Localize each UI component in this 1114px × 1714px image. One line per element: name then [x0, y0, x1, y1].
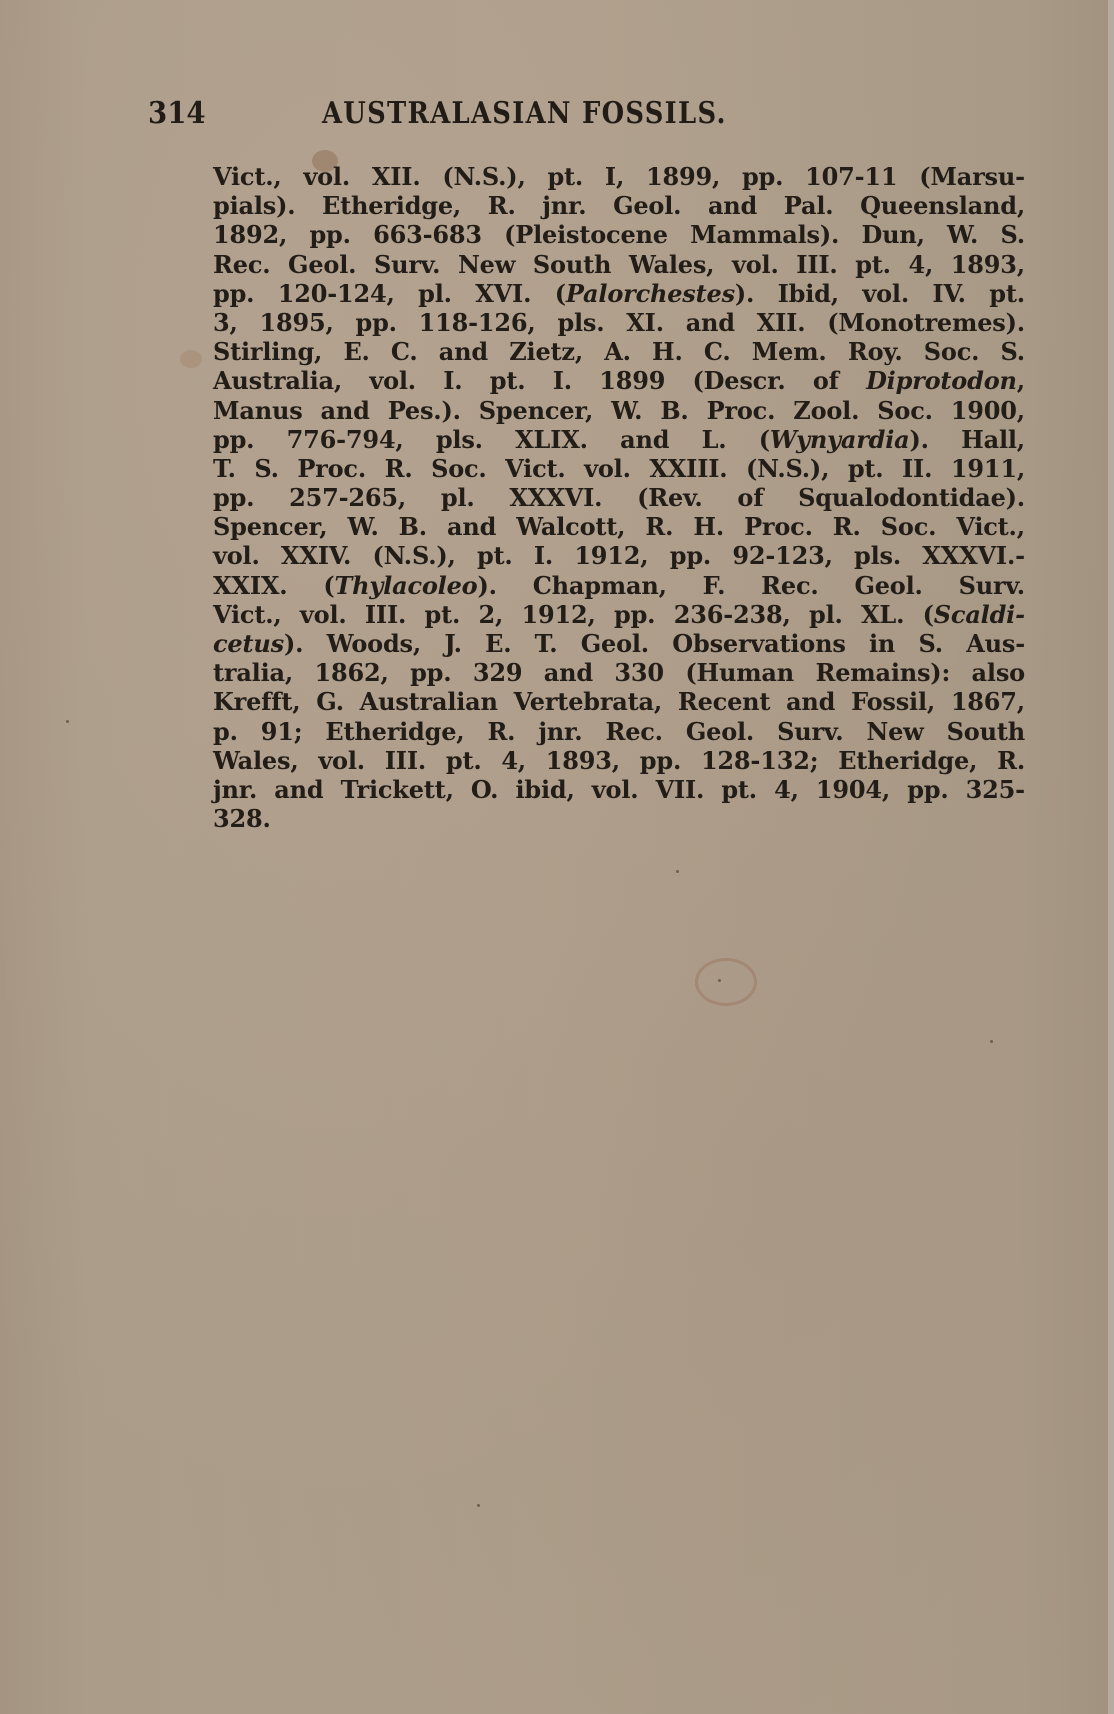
text-line: Vict.,vol.III.pt.2,1912,pp.236-238,pl.XL… [213, 600, 1025, 629]
text-line: Wales,vol.III.pt.4,1893,pp.128-132;Ether… [213, 746, 1025, 775]
paper-speck [66, 720, 69, 723]
book-page: 314 AUSTRALASIAN FOSSILS. Vict.,vol.XII.… [0, 0, 1108, 1714]
text-line: Stirling,E.C.andZietz,A.H.C.Mem.Roy.Soc.… [213, 337, 1025, 366]
paper-speck [990, 1040, 993, 1043]
text-line: jnr.andTrickett,O.ibid,vol.VII.pt.4,1904… [213, 775, 1025, 804]
paper-stain [695, 958, 757, 1006]
text-line: 3,1895,pp.118-126,pls.XI.andXII.(Monotre… [213, 308, 1025, 337]
text-line: pp.120-124,pl.XVI.(Palorchestes).Ibid,vo… [213, 279, 1025, 308]
text-line: p.91;Etheridge,R.jnr.Rec.Geol.Surv.NewSo… [213, 717, 1025, 746]
text-line: 1892,pp.663-683(PleistoceneMammals).Dun,… [213, 220, 1025, 249]
text-line: tralia,1862,pp.329and330(HumanRemains):a… [213, 658, 1025, 687]
running-title: AUSTRALASIAN FOSSILS. [322, 96, 727, 131]
text-line: pp.257-265,pl.XXXVI.(Rev.ofSqualodontida… [213, 483, 1025, 512]
paper-speck [718, 979, 721, 982]
text-line: ManusandPes.).Spencer,W.B.Proc.Zool.Soc.… [213, 396, 1025, 425]
text-line: pp.776-794,pls.XLIX.andL.(Wynyardia).Hal… [213, 425, 1025, 454]
text-line: Vict.,vol.XII.(N.S.),pt.I,1899,pp.107-11… [213, 162, 1025, 191]
page-edge [1108, 0, 1114, 1714]
text-line: cetus).Woods,J.E.T.Geol.ObservationsinS.… [213, 629, 1025, 658]
text-line: T.S.Proc.R.Soc.Vict.vol.XXIII.(N.S.),pt.… [213, 454, 1025, 483]
bibliography-paragraph: Vict.,vol.XII.(N.S.),pt.I,1899,pp.107-11… [213, 162, 1025, 833]
page-header: 314 AUSTRALASIAN FOSSILS. [0, 96, 1108, 136]
text-line: Spencer,W.B.andWalcott,R.H.Proc.R.Soc.Vi… [213, 512, 1025, 541]
paper-stain [180, 350, 202, 368]
text-line: 328. [213, 804, 1025, 833]
text-line: Australia,vol.I.pt.I.1899(Descr.ofDiprot… [213, 366, 1025, 395]
paper-speck [477, 1504, 480, 1507]
text-line: XXIX.(Thylacoleo).Chapman,F.Rec.Geol.Sur… [213, 571, 1025, 600]
text-line: Rec.Geol.Surv.NewSouthWales,vol.III.pt.4… [213, 250, 1025, 279]
paper-speck [676, 870, 679, 873]
text-line: pials).Etheridge,R.jnr.Geol.andPal.Queen… [213, 191, 1025, 220]
text-line: vol.XXIV.(N.S.),pt.I.1912,pp.92-123,pls.… [213, 541, 1025, 570]
text-line: Krefft,G.AustralianVertebrata,RecentandF… [213, 687, 1025, 716]
page-number: 314 [148, 96, 206, 131]
